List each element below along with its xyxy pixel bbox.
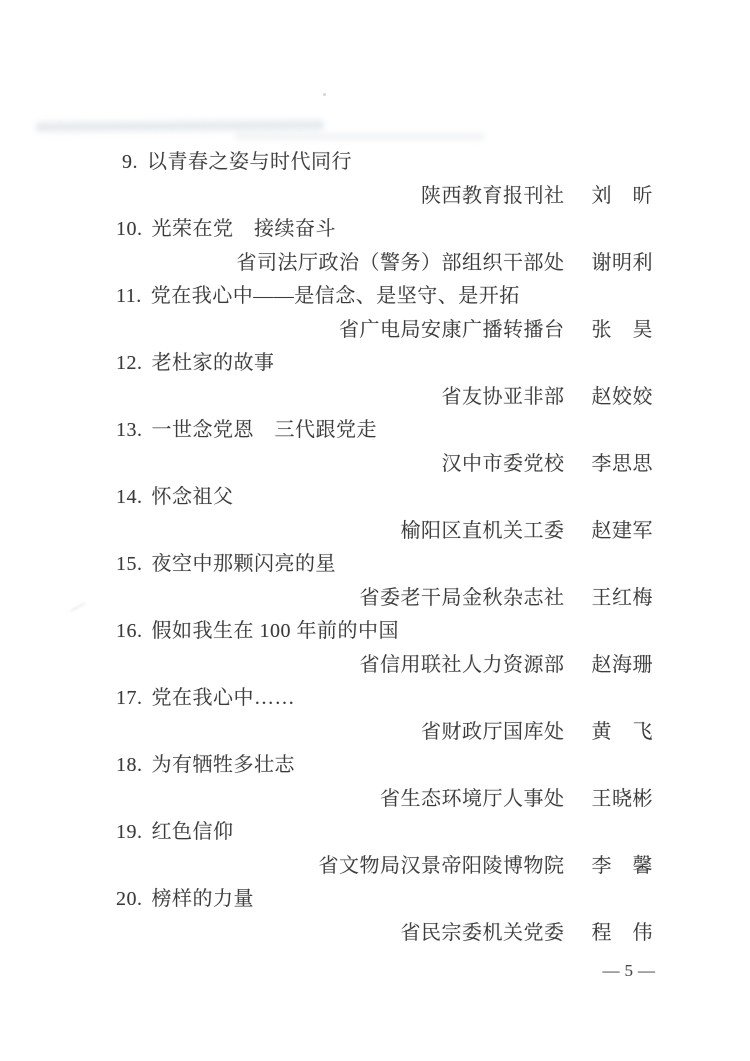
entry-organization: 省生态环境厅人事处 [380,788,565,810]
entry-organization: 省文物局汉景帝阳陵博物院 [319,855,565,877]
list-item: 18.为有牺牲多壮志 省生态环境厅人事处王晓彬 [0,749,750,816]
entry-title: 红色信仰 [152,821,234,843]
entry-author: 李思思 [592,453,654,475]
entry-attribution-line: 陕西教育报刊社刘 昕 [0,180,750,214]
entry-title: 假如我生在 100 年前的中国 [152,620,400,642]
entry-title-line: 12.老杜家的故事 [0,347,750,381]
entry-organization: 省信用联社人力资源部 [360,654,565,676]
entry-number: 15. [116,553,143,575]
entry-title: 以青春之姿与时代同行 [147,151,352,173]
entry-attribution-line: 汉中市委党校李思思 [0,448,750,482]
entry-attribution-line: 省友协亚非部赵姣姣 [0,381,750,415]
entry-organization: 省广电局安康广播转播台 [339,319,565,341]
entry-author: 王晓彬 [592,788,654,810]
list-item: 11.党在我心中——是信念、是坚守、是开拓 省广电局安康广播转播台张 昊 [0,280,750,347]
entry-author: 王红梅 [592,587,654,609]
scan-artifact [235,133,485,140]
list-item: 17.党在我心中…… 省财政厅国库处黄 飞 [0,682,750,749]
entry-attribution-line: 省财政厅国库处黄 飞 [0,716,750,750]
document-page: 9.以青春之姿与时代同行 陕西教育报刊社刘 昕 10.光荣在党 接续奋斗 省司法… [0,0,750,1061]
entry-organization: 省财政厅国库处 [421,721,565,743]
entry-title: 怀念祖父 [152,486,234,508]
entry-number: 10. [116,218,143,240]
entry-number: 16. [116,620,143,642]
page-number: —5— [603,961,661,981]
entry-attribution-line: 省文物局汉景帝阳陵博物院李 馨 [0,850,750,884]
entry-number: 20. [116,888,143,910]
entry-title-line: 9.以青春之姿与时代同行 [0,146,750,180]
entry-attribution-line: 省生态环境厅人事处王晓彬 [0,783,750,817]
entry-number: 11. [116,285,142,307]
entry-title-line: 16.假如我生在 100 年前的中国 [0,615,750,649]
entry-organization: 省友协亚非部 [442,386,565,408]
entry-number: 13. [116,419,143,441]
entry-number: 12. [116,352,143,374]
list-item: 16.假如我生在 100 年前的中国 省信用联社人力资源部赵海珊 [0,615,750,682]
scan-artifact [35,120,325,132]
entry-attribution-line: 榆阳区直机关工委赵建军 [0,515,750,549]
entry-attribution-line: 省信用联社人力资源部赵海珊 [0,649,750,683]
entry-author: 程 伟 [592,922,654,944]
entry-number: 9. [122,151,138,173]
entry-number: 14. [116,486,143,508]
entry-title: 一世念党恩 三代跟党走 [152,419,378,441]
entry-title: 榜样的力量 [152,888,255,910]
entry-title-line: 11.党在我心中——是信念、是坚守、是开拓 [0,280,750,314]
entry-author: 张 昊 [592,319,654,341]
entry-title-line: 10.光荣在党 接续奋斗 [0,213,750,247]
scan-artifact [323,93,326,96]
entry-list: 9.以青春之姿与时代同行 陕西教育报刊社刘 昕 10.光荣在党 接续奋斗 省司法… [0,146,750,950]
entry-number: 19. [116,821,143,843]
entry-title-line: 13.一世念党恩 三代跟党走 [0,414,750,448]
entry-organization: 汉中市委党校 [442,453,565,475]
entry-title: 光荣在党 接续奋斗 [152,218,337,240]
entry-organization: 省民宗委机关党委 [401,922,565,944]
entry-title-line: 18.为有牺牲多壮志 [0,749,750,783]
list-item: 9.以青春之姿与时代同行 陕西教育报刊社刘 昕 [0,146,750,213]
entry-title-line: 19.红色信仰 [0,816,750,850]
entry-title: 老杜家的故事 [152,352,275,374]
entry-organization: 陕西教育报刊社 [421,185,565,207]
list-item: 13.一世念党恩 三代跟党走 汉中市委党校李思思 [0,414,750,481]
entry-attribution-line: 省广电局安康广播转播台张 昊 [0,314,750,348]
list-item: 15.夜空中那颗闪亮的星 省委老干局金秋杂志社王红梅 [0,548,750,615]
entry-attribution-line: 省民宗委机关党委程 伟 [0,917,750,951]
entry-author: 赵海珊 [592,654,654,676]
entry-title: 为有牺牲多壮志 [152,754,296,776]
entry-author: 李 馨 [592,855,654,877]
entry-author: 刘 昕 [592,185,654,207]
entry-organization: 省委老干局金秋杂志社 [360,587,565,609]
list-item: 14.怀念祖父 榆阳区直机关工委赵建军 [0,481,750,548]
entry-title: 夜空中那颗闪亮的星 [152,553,337,575]
entry-author: 黄 飞 [592,721,654,743]
entry-number: 18. [116,754,143,776]
entry-title: 党在我心中——是信念、是坚守、是开拓 [151,285,520,307]
entry-title-line: 14.怀念祖父 [0,481,750,515]
list-item: 12.老杜家的故事 省友协亚非部赵姣姣 [0,347,750,414]
entry-author: 赵姣姣 [592,386,654,408]
list-item: 10.光荣在党 接续奋斗 省司法厅政治（警务）部组织干部处谢明利 [0,213,750,280]
entry-title-line: 17.党在我心中…… [0,682,750,716]
entry-title: 党在我心中…… [152,687,296,709]
entry-attribution-line: 省司法厅政治（警务）部组织干部处谢明利 [0,247,750,281]
entry-title-line: 20.榜样的力量 [0,883,750,917]
entry-author: 赵建军 [592,520,654,542]
list-item: 20.榜样的力量 省民宗委机关党委程 伟 [0,883,750,950]
entry-organization: 省司法厅政治（警务）部组织干部处 [237,252,565,274]
entry-number: 17. [116,687,143,709]
entry-attribution-line: 省委老干局金秋杂志社王红梅 [0,582,750,616]
entry-organization: 榆阳区直机关工委 [401,520,565,542]
entry-author: 谢明利 [592,252,654,274]
list-item: 19.红色信仰 省文物局汉景帝阳陵博物院李 馨 [0,816,750,883]
entry-title-line: 15.夜空中那颗闪亮的星 [0,548,750,582]
